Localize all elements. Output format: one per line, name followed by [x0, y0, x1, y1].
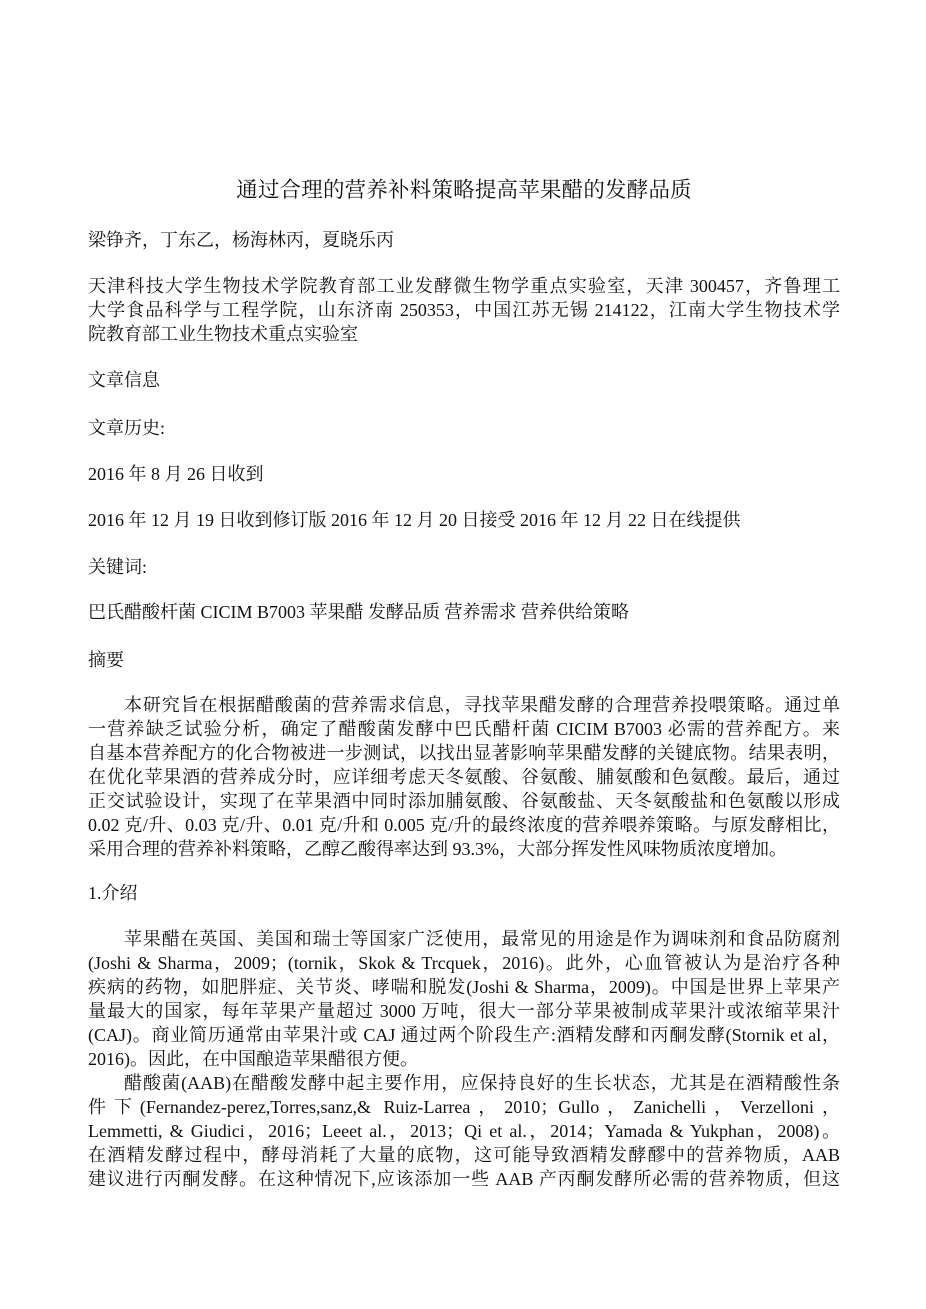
- affiliation-line: 院教育部工业生物技术重点实验室: [88, 322, 840, 346]
- abstract-line: 一营养缺乏试验分析，确定了醋酸菌发酵中巴氏醋杆菌 CICIM B7003 必需的…: [88, 717, 840, 741]
- abstract-label: 摘要: [88, 648, 124, 672]
- affiliation-line: 大学食品科学与工程学院，山东济南 250353，中国江苏无锡 214122，江南…: [88, 298, 840, 322]
- abstract-line: 自基本营养配方的化合物被进一步测试，以找出显著影响苹果醋发酵的关键底物。结果表明…: [88, 741, 840, 765]
- article-info-label: 文章信息: [88, 368, 160, 392]
- intro-paragraph-2: 醋酸菌(AAB)在醋酸发酵中起主要作用，应保持良好的生长状态，尤其是在酒精酸性条…: [88, 1071, 840, 1191]
- intro-line: 件下(Fernandez-perez,Torres,sanz,& Ruiz-La…: [88, 1095, 840, 1119]
- intro-line: 量最大的国家，每年苹果产量超过 3000 万吨，很大一部分苹果被制成苹果汁或浓缩…: [88, 999, 840, 1023]
- affiliation-line: 天津科技大学生物技术学院教育部工业发酵微生物学重点实验室，天津 300457，齐…: [88, 274, 840, 298]
- affiliations: 天津科技大学生物技术学院教育部工业发酵微生物学重点实验室，天津 300457，齐…: [88, 274, 840, 346]
- keywords-label: 关键词:: [88, 555, 147, 579]
- section-heading-introduction: 1.介绍: [88, 881, 138, 905]
- abstract-text: 本研究旨在根据醋酸菌的营养需求信息，寻找苹果醋发酵的合理营养投喂策略。通过单 一…: [88, 693, 840, 861]
- revision-dates: 2016 年 12 月 19 日收到修订版 2016 年 12 月 20 日接受…: [88, 508, 741, 532]
- intro-line: 苹果醋在英国、美国和瑞士等国家广泛使用，最常见的用途是作为调味剂和食品防腐剂: [88, 927, 840, 951]
- paper-title: 通过合理的营养补料策略提高苹果醋的发酵品质: [88, 176, 840, 204]
- author-list: 梁铮齐，丁东乙，杨海林丙，夏晓乐丙: [88, 228, 394, 252]
- intro-line: Lemmetti, & Giudici，2016；Leeet al.，2013；…: [88, 1119, 840, 1143]
- received-date: 2016 年 8 月 26 日收到: [88, 462, 264, 486]
- article-history-label: 文章历史:: [88, 416, 165, 440]
- abstract-line: 在优化苹果酒的营养成分时，应详细考虑天冬氨酸、谷氨酸、脯氨酸和色氨酸。最后，通过: [88, 765, 840, 789]
- abstract-line: 正交试验设计，实现了在苹果酒中同时添加脯氨酸、谷氨酸盐、天冬氨酸盐和色氨酸以形成: [88, 789, 840, 813]
- intro-line: 在酒精发酵过程中，酵母消耗了大量的底物，这可能导致酒精发酵醪中的营养物质，AAB: [88, 1143, 840, 1167]
- intro-line: 疾病的药物，如肥胖症、关节炎、哮喘和脱发(Joshi & Sharma，2009…: [88, 975, 840, 999]
- abstract-line: 0.02 克/升、0.03 克/升、0.01 克/升和 0.005 克/升的最终…: [88, 813, 840, 837]
- intro-line: 醋酸菌(AAB)在醋酸发酵中起主要作用，应保持良好的生长状态，尤其是在酒精酸性条: [88, 1071, 840, 1095]
- intro-line: 2016)。因此，在中国酿造苹果醋很方便。: [88, 1047, 840, 1071]
- abstract-line: 本研究旨在根据醋酸菌的营养需求信息，寻找苹果醋发酵的合理营养投喂策略。通过单: [88, 693, 840, 717]
- intro-line: (CAJ)。商业简历通常由苹果汁或 CAJ 通过两个阶段生产:酒精发酵和丙酮发酵…: [88, 1023, 840, 1047]
- keywords: 巴氏醋酸杆菌 CICIM B7003 苹果醋 发酵品质 营养需求 营养供给策略: [88, 600, 629, 624]
- intro-paragraph-1: 苹果醋在英国、美国和瑞士等国家广泛使用，最常见的用途是作为调味剂和食品防腐剂 (…: [88, 927, 840, 1071]
- abstract-line: 采用合理的营养补料策略，乙醇乙酸得率达到 93.3%，大部分挥发性风味物质浓度增…: [88, 837, 840, 861]
- intro-line: (Joshi & Sharma，2009；(tornik，Skok & Trcq…: [88, 951, 840, 975]
- intro-line: 建议进行丙酮发酵。在这种情况下,应该添加一些 AAB 产丙酮发酵所必需的营养物质…: [88, 1167, 840, 1191]
